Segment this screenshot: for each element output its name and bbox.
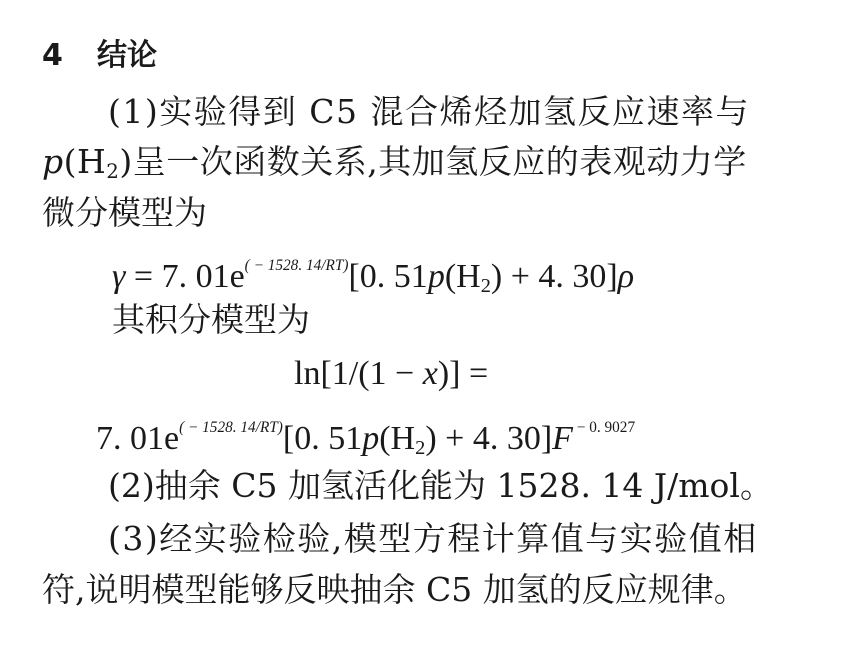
text: (H — [64, 142, 107, 181]
rate-symbol: γ — [112, 258, 125, 295]
text: 7. 01e — [96, 420, 179, 457]
paragraph-3-line-2: 符,说明模型能够反映抽余 C5 加氢的反应规律。 — [42, 570, 747, 610]
paragraph-1-line-1: (1)实验得到 C5 混合烯烃加氢反应速率与 — [108, 92, 750, 132]
section-number: 4 — [42, 36, 97, 76]
text: 其积分模型为 — [112, 300, 310, 339]
subscript: 2 — [106, 160, 119, 183]
pressure-var: p — [428, 258, 445, 295]
text: ) + 4. 30] — [491, 258, 618, 295]
text: (H — [445, 258, 481, 295]
text: ) + 4. 30] — [425, 420, 552, 457]
text: = 7. 01e — [125, 258, 244, 295]
text: (1)实验得到 C5 混合烯烃加氢反应速率与 — [108, 92, 750, 131]
density-symbol: ρ — [618, 258, 634, 295]
subscript: 2 — [415, 437, 425, 459]
pressure-var: p — [42, 142, 64, 181]
flow-var: F — [552, 420, 573, 457]
text: )呈一次函数关系,其加氢反应的表观动力学 — [119, 142, 746, 181]
integral-equation-rhs: 7. 01e( − 1528. 14/RT)[0. 51p(H2) + 4. 3… — [96, 408, 635, 468]
exponent: ( − 1528. 14/RT) — [245, 257, 349, 274]
differential-equation: γ = 7. 01e( − 1528. 14/RT)[0. 51p(H2) + … — [112, 246, 634, 306]
section-title: 结论 — [97, 38, 157, 73]
text: (2)抽余 C5 加氢活化能为 1528. 14 J/mol。 — [108, 466, 773, 505]
section-heading: 4结论 — [42, 36, 157, 76]
text: [0. 51 — [283, 420, 362, 457]
pressure-var: p — [362, 420, 379, 457]
paragraph-1-line-3: 微分模型为 — [42, 193, 207, 233]
text: 符,说明模型能够反映抽余 C5 加氢的反应规律。 — [42, 570, 747, 609]
exponent: ( − 1528. 14/RT) — [179, 419, 283, 436]
subscript: 2 — [481, 275, 491, 297]
integral-intro: 其积分模型为 — [112, 300, 310, 340]
text: (H — [379, 420, 415, 457]
text: 微分模型为 — [42, 193, 207, 232]
exponent: − 0. 9027 — [573, 419, 635, 436]
integral-equation-lhs: ln[1/(1 − x)] = — [294, 354, 488, 394]
paragraph-2: (2)抽余 C5 加氢活化能为 1528. 14 J/mol。 — [108, 466, 773, 506]
text: )] = — [438, 355, 488, 392]
text: ln[1/(1 − — [294, 355, 423, 392]
conversion-var: x — [423, 355, 438, 392]
paragraph-1-line-2: p(H2)呈一次函数关系,其加氢反应的表观动力学 — [42, 142, 747, 192]
text: (3)经实验检验,模型方程计算值与实验值相 — [108, 519, 758, 558]
paragraph-3-line-1: (3)经实验检验,模型方程计算值与实验值相 — [108, 519, 758, 559]
text: [0. 51 — [348, 258, 427, 295]
